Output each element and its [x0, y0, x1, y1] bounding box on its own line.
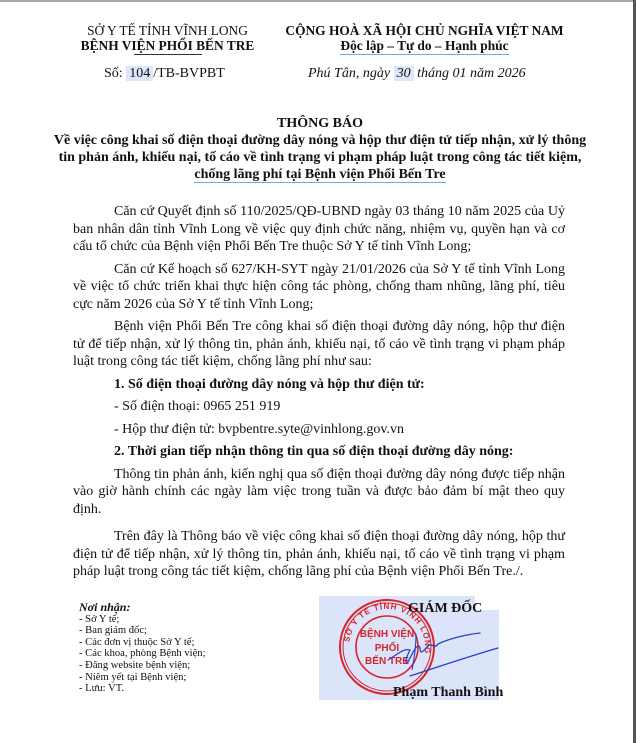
national-motto: Độc lập – Tự do – Hạnh phúc	[340, 38, 508, 55]
doc-number-field[interactable]: 104	[126, 66, 153, 81]
recipients-list: Nơi nhận: - Sở Y tế; - Ban giám đốc; - C…	[79, 602, 206, 695]
signer-name: Phạm Thanh Bình	[393, 685, 503, 701]
legal-basis-1: Căn cứ Quyết định số 110/2025/QĐ-UBND ng…	[73, 203, 565, 256]
subject-text: Về việc công khai số điện thoại đường dâ…	[54, 133, 586, 165]
hotline-phone: - Số điện thoại: 0965 251 919	[73, 398, 565, 416]
national-heading-block: CỘNG HOÀ XÃ HỘI CHỦ NGHĨA VIỆT NAM Độc l…	[272, 23, 577, 55]
doc-number-suffix: /TB-BVPBT	[153, 66, 225, 81]
recipient-item: - Lưu: VT.	[79, 683, 206, 695]
recipient-item: - Niêm yết tại Bệnh viện;	[79, 672, 206, 684]
recipients-heading: Nơi nhận:	[79, 602, 206, 614]
handwritten-signature-icon	[380, 628, 510, 683]
doc-number-label: Số:	[104, 66, 123, 81]
document-page: SỞ Y TẾ TỈNH VĨNH LONG BỆNH VIỆN PHỔI BẾ…	[0, 0, 632, 743]
issue-date: Phú Tân, ngày 30 tháng 01 năm 2026	[308, 66, 526, 82]
recipient-item: - Sở Y tế;	[79, 614, 206, 626]
document-number: Số: 104/TB-BVPBT	[104, 66, 225, 82]
agency-underline	[134, 54, 202, 55]
signer-title: GIÁM ĐỐC	[408, 601, 482, 617]
recipient-item: - Các khoa, phòng Bệnh viện;	[79, 648, 206, 660]
intro-paragraph: Bệnh viện Phổi Bến Tre công khai số điện…	[73, 318, 565, 371]
date-prefix: Phú Tân, ngày	[308, 66, 390, 81]
document-heading: THÔNG BÁO	[50, 115, 590, 132]
document-viewer: SỞ Y TẾ TỈNH VĨNH LONG BỆNH VIỆN PHỔI BẾ…	[0, 0, 636, 743]
section-2-heading: 2. Thời gian tiếp nhận thông tin qua số …	[73, 443, 565, 461]
date-day-field[interactable]: 30	[394, 66, 414, 81]
section-2-text: Thông tin phản ánh, kiến nghị qua số điệ…	[73, 466, 565, 519]
legal-basis-2: Căn cứ Kế hoạch số 627/KH-SYT ngày 21/01…	[73, 261, 565, 314]
document-body: Căn cứ Quyết định số 110/2025/QĐ-UBND ng…	[73, 203, 565, 581]
document-subject: Về việc công khai số điện thoại đường dâ…	[54, 133, 586, 183]
section-1-heading: 1. Số điện thoại đường dây nóng và hộp t…	[73, 376, 565, 394]
recipient-item: - Các đơn vị thuộc Sở Y tế;	[79, 637, 206, 649]
hotline-email: - Hộp thư điện tử: bvpbentre.syte@vinhlo…	[73, 421, 565, 439]
agency-name: BỆNH VIỆN PHỔI BẾN TRE	[60, 38, 275, 53]
document-title-block: THÔNG BÁO Về việc công khai số điện thoạ…	[50, 115, 590, 183]
date-suffix: tháng 01 năm 2026	[417, 66, 526, 81]
closing-paragraph: Trên đây là Thông báo về việc công khai …	[73, 528, 565, 581]
parent-agency: SỞ Y TẾ TỈNH VĨNH LONG	[60, 23, 275, 38]
recipient-item: - Đăng website bệnh viện;	[79, 660, 206, 672]
subject-text-underlined: chống lãng phí tại Bệnh viện Phổi Bến Tr…	[194, 167, 445, 183]
nation-name: CỘNG HOÀ XÃ HỘI CHỦ NGHĨA VIỆT NAM	[272, 23, 577, 38]
issuing-agency-block: SỞ Y TẾ TỈNH VĨNH LONG BỆNH VIỆN PHỔI BẾ…	[60, 23, 275, 55]
recipient-item: - Ban giám đốc;	[79, 625, 206, 637]
